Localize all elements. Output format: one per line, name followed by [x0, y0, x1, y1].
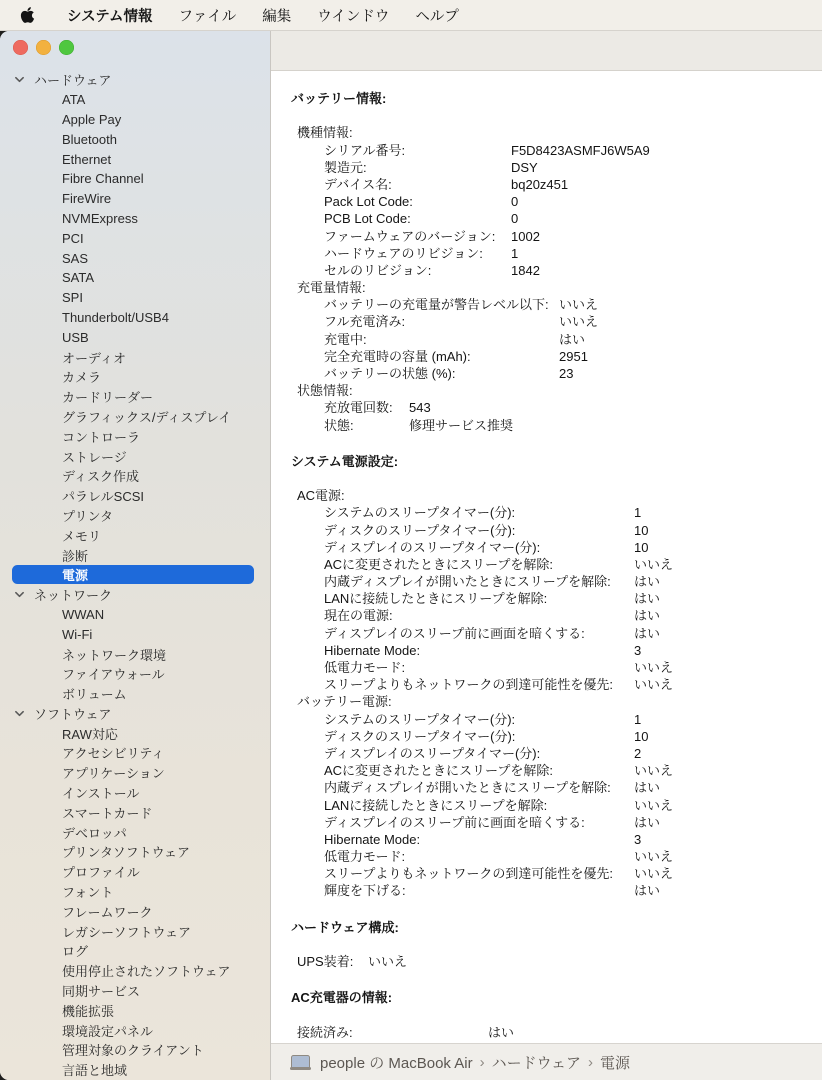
info-row: セルのリビジョン:1842	[271, 262, 822, 279]
info-value: 10	[634, 728, 648, 745]
sidebar-item[interactable]: フレームワーク	[0, 901, 269, 921]
sidebar-list: ハードウェアATAApple PayBluetoothEthernetFibre…	[0, 70, 269, 1080]
status-bar: people の MacBook Air›ハードウェア›電源	[271, 1043, 822, 1080]
breadcrumb-segment: ハードウェア	[492, 1052, 581, 1073]
sidebar-item-label: Thunderbolt/USB4	[62, 310, 169, 325]
sidebar-item-label: Bluetooth	[62, 132, 117, 147]
sidebar-item[interactable]: 環境設定パネル	[0, 1020, 269, 1040]
info-value: いいえ	[634, 797, 673, 814]
info-value: いいえ	[634, 762, 673, 779]
sidebar-item[interactable]: 電源	[0, 565, 269, 585]
sidebar-item-label: PCI	[62, 231, 84, 246]
sidebar-item-label: 診断	[62, 546, 88, 565]
sidebar-item-label: SAS	[62, 251, 88, 266]
sidebar-item-label: 電源	[62, 565, 88, 584]
info-row: 充放電回数:543	[271, 399, 822, 416]
info-value: 0	[511, 193, 518, 210]
chevron-down-icon[interactable]	[14, 589, 25, 600]
sidebar-item-label: フォント	[62, 882, 113, 901]
info-value: 543	[409, 399, 431, 416]
info-value: いいえ	[368, 953, 407, 970]
info-row: バッテリーの状態 (%):23	[271, 365, 822, 382]
sidebar-item[interactable]: ATA	[0, 90, 269, 110]
sidebar-item-label: メモリ	[62, 526, 101, 545]
sidebar-item[interactable]: ディスク作成	[0, 466, 269, 486]
sidebar-item-label: Fibre Channel	[62, 171, 144, 186]
sidebar-item[interactable]: ストレージ	[0, 446, 269, 466]
sidebar-item-label: デベロッパ	[62, 823, 127, 842]
info-label: 接続済み:	[297, 1024, 488, 1041]
sidebar-item-label: ATA	[62, 92, 85, 107]
sidebar-item[interactable]: アプリケーション	[0, 763, 269, 783]
info-row: LANに接続したときにスリープを解除:いいえ	[271, 797, 822, 814]
section-title: AC充電器の情報:	[271, 989, 822, 1006]
info-label: ディスプレイのスリープ前に画面を暗くする:	[324, 814, 634, 831]
info-label: システムのスリープタイマー(分):	[324, 711, 634, 728]
sidebar-item-label: ディスク作成	[62, 466, 139, 485]
sidebar-item-label: アクセシビリティ	[62, 743, 164, 762]
info-label: スリープよりもネットワークの到達可能性を優先:	[324, 676, 634, 693]
sidebar-item-label: 言語と地域	[62, 1060, 127, 1079]
info-label: ハードウェアのリビジョン:	[324, 245, 511, 262]
info-label: 現在の電源:	[324, 607, 634, 624]
info-label: LANに接続したときにスリープを解除:	[324, 590, 634, 607]
group-label: 充電量情報:	[271, 279, 822, 296]
sidebar-item[interactable]: フォント	[0, 882, 269, 902]
apple-menu[interactable]	[20, 6, 35, 24]
sidebar-item[interactable]: プロファイル	[0, 862, 269, 882]
section-title: ハードウェア構成:	[271, 919, 822, 936]
sidebar-item-label: プリンタ	[62, 506, 113, 525]
info-value: 2	[634, 745, 641, 762]
sidebar-item-label: プロファイル	[62, 862, 140, 881]
info-label: 内蔵ディスプレイが開いたときにスリープを解除:	[324, 573, 634, 590]
sidebar-item-label: 使用停止されたソフトウェア	[62, 961, 230, 980]
info-value: いいえ	[634, 556, 673, 573]
info-value: はい	[634, 573, 660, 590]
sidebar-item[interactable]: アクセシビリティ	[0, 743, 269, 763]
sidebar-item-label: 同期サービス	[62, 981, 140, 1000]
zoom-button[interactable]	[59, 40, 74, 55]
sidebar-item[interactable]: ファイアウォール	[0, 664, 269, 684]
info-row: スリープよりもネットワークの到達可能性を優先:いいえ	[271, 865, 822, 882]
sidebar-item[interactable]: Bluetooth	[0, 129, 269, 149]
info-value: いいえ	[559, 296, 598, 313]
info-value: 1	[634, 711, 641, 728]
sidebar-item-label: ストレージ	[62, 447, 127, 466]
info-row: Pack Lot Code:0	[271, 193, 822, 210]
sidebar-item-label: スマートカード	[62, 803, 152, 822]
info-row: スリープよりもネットワークの到達可能性を優先:いいえ	[271, 676, 822, 693]
info-row: 完全充電時の容量 (mAh):2951	[271, 348, 822, 365]
info-value: 23	[559, 365, 573, 382]
sidebar-item-label: ボリューム	[62, 684, 127, 703]
menu-item[interactable]: ウインドウ	[304, 5, 402, 26]
sidebar-group[interactable]: ソフトウェア	[0, 704, 269, 724]
info-value: 10	[634, 539, 648, 556]
info-value: はい	[634, 882, 660, 899]
sidebar-item-label: プリンタソフトウェア	[62, 842, 190, 861]
sidebar-item[interactable]: 診断	[0, 545, 269, 565]
info-row: ファームウェアのバージョン:1002	[271, 228, 822, 245]
sidebar-item[interactable]: プリンタ	[0, 506, 269, 526]
report-section: ハードウェア構成:UPS装着:いいえ	[271, 919, 822, 971]
info-value: 10	[634, 522, 648, 539]
info-value: 0	[511, 210, 518, 227]
group-label: 状態情報:	[271, 382, 822, 399]
info-row: 内蔵ディスプレイが開いたときにスリープを解除:はい	[271, 779, 822, 796]
info-value: はい	[634, 814, 660, 831]
info-row: バッテリーの充電量が警告レベル以下:いいえ	[271, 296, 822, 313]
sidebar-group-label: ネットワーク	[34, 585, 112, 604]
sidebar-item[interactable]: カメラ	[0, 367, 269, 387]
sidebar-item[interactable]: オーディオ	[0, 347, 269, 367]
info-label: 充電中:	[324, 331, 559, 348]
info-value: 修理サービス推奨	[409, 417, 513, 434]
info-row: ディスプレイのスリープ前に画面を暗くする:はい	[271, 814, 822, 831]
breadcrumb-separator-icon: ›	[480, 1054, 485, 1071]
info-label: ディスクのスリープタイマー(分):	[324, 728, 634, 745]
info-value: いいえ	[559, 313, 598, 330]
sidebar-item-label: フレームワーク	[62, 902, 152, 921]
info-row: システムのスリープタイマー(分):1	[271, 504, 822, 521]
sidebar-item[interactable]: カードリーダー	[0, 387, 269, 407]
sidebar-item-label: Wi-Fi	[62, 627, 92, 642]
report-section: AC充電器の情報:接続済み:はいID:0x7000	[271, 989, 822, 1044]
info-row: ディスプレイのスリープタイマー(分):2	[271, 745, 822, 762]
sidebar-item-label: ファイアウォール	[62, 664, 165, 683]
breadcrumb-segment: people の MacBook Air	[320, 1052, 473, 1073]
sidebar-item[interactable]: コントローラ	[0, 426, 269, 446]
sidebar-item[interactable]: 機能拡張	[0, 1000, 269, 1020]
sidebar-item[interactable]: 同期サービス	[0, 981, 269, 1001]
group-label: バッテリー電源:	[271, 693, 822, 710]
info-row: PCB Lot Code:0	[271, 210, 822, 227]
sidebar-item[interactable]: スマートカード	[0, 802, 269, 822]
info-label: システムのスリープタイマー(分):	[324, 504, 634, 521]
info-value: 3	[634, 831, 641, 848]
group-label: 機種情報:	[271, 124, 822, 141]
main-panel: バッテリー情報:機種情報:シリアル番号:F5D8423ASMFJ6W5A9製造元…	[271, 31, 822, 1080]
info-label: UPS装着:	[297, 953, 368, 970]
sidebar-item[interactable]: SPI	[0, 288, 269, 308]
window-title-strip	[271, 31, 822, 71]
info-label: 完全充電時の容量 (mAh):	[324, 348, 559, 365]
info-label: ディスプレイのスリープタイマー(分):	[324, 745, 634, 762]
sidebar-item[interactable]: FireWire	[0, 189, 269, 209]
info-label: ファームウェアのバージョン:	[324, 228, 511, 245]
info-row: フル充電済み:いいえ	[271, 313, 822, 330]
sidebar-item-label: レガシーソフトウェア	[62, 922, 191, 941]
sidebar-item[interactable]: デベロッパ	[0, 822, 269, 842]
info-label: LANに接続したときにスリープを解除:	[324, 797, 634, 814]
section-title: システム電源設定:	[271, 453, 822, 470]
sidebar-item[interactable]: RAW対応	[0, 723, 269, 743]
info-value: DSY	[511, 159, 538, 176]
info-label: ディスプレイのスリープタイマー(分):	[324, 539, 634, 556]
menu-bar-items: ファイル編集ウインドウヘルプ	[166, 5, 472, 26]
sidebar-item[interactable]: 管理対象のクライアント	[0, 1040, 269, 1060]
menu-item[interactable]: ヘルプ	[402, 5, 472, 26]
info-value: いいえ	[634, 865, 673, 882]
info-row: LANに接続したときにスリープを解除:はい	[271, 590, 822, 607]
report-content: バッテリー情報:機種情報:シリアル番号:F5D8423ASMFJ6W5A9製造元…	[271, 71, 822, 1044]
sidebar-item[interactable]: ネットワーク環境	[0, 644, 269, 664]
sidebar-item-label: Ethernet	[62, 152, 111, 167]
sidebar-item[interactable]: Ethernet	[0, 149, 269, 169]
info-label: スリープよりもネットワークの到達可能性を優先:	[324, 865, 634, 882]
sidebar-item[interactable]: Apple Pay	[0, 110, 269, 130]
sidebar-item-label: ログ	[62, 941, 88, 960]
info-row: ディスプレイのスリープ前に画面を暗くする:はい	[271, 625, 822, 642]
info-label: PCB Lot Code:	[324, 210, 511, 227]
sidebar-item[interactable]: PCI	[0, 228, 269, 248]
info-value: bq20z451	[511, 176, 568, 193]
sidebar-group[interactable]: ハードウェア	[0, 70, 269, 90]
info-row: ハードウェアのリビジョン:1	[271, 245, 822, 262]
sidebar-item-label: カメラ	[62, 367, 101, 386]
info-value: 1842	[511, 262, 540, 279]
info-row: ディスクのスリープタイマー(分):10	[271, 728, 822, 745]
info-row: 低電力モード:いいえ	[271, 659, 822, 676]
info-label: 充放電回数:	[324, 399, 409, 416]
info-row: ACに変更されたときにスリープを解除:いいえ	[271, 556, 822, 573]
info-value: はい	[634, 590, 660, 607]
minimize-button[interactable]	[36, 40, 51, 55]
info-value: いいえ	[634, 659, 673, 676]
info-label: Hibernate Mode:	[324, 831, 634, 848]
sidebar-item-label: WWAN	[62, 607, 104, 622]
sidebar-item[interactable]: USB	[0, 327, 269, 347]
info-label: 状態:	[324, 417, 409, 434]
info-label: 低電力モード:	[324, 848, 634, 865]
menu-item-app-name[interactable]: システム情報	[54, 5, 166, 26]
sidebar-item-label: インストール	[62, 783, 139, 802]
info-row: 製造元:DSY	[271, 159, 822, 176]
sidebar-item[interactable]: ログ	[0, 941, 269, 961]
sidebar-item-label: コントローラ	[62, 427, 140, 446]
info-value: 3	[634, 642, 641, 659]
info-label: 輝度を下げる:	[324, 882, 634, 899]
info-row: Hibernate Mode:3	[271, 831, 822, 848]
sidebar-item-label: 機能拡張	[62, 1001, 114, 1020]
group-label: AC電源:	[271, 487, 822, 504]
chevron-down-icon[interactable]	[14, 74, 25, 85]
menu-bar: システム情報 ファイル編集ウインドウヘルプ	[0, 0, 822, 31]
info-label: 低電力モード:	[324, 659, 634, 676]
sidebar-item[interactable]: Wi-Fi	[0, 624, 269, 644]
info-value: 2951	[559, 348, 588, 365]
sidebar-item-label: FireWire	[62, 191, 111, 206]
sidebar-item[interactable]: ボリューム	[0, 684, 269, 704]
sidebar-item[interactable]: レガシーソフトウェア	[0, 921, 269, 941]
sidebar-item-label: アプリケーション	[62, 763, 165, 782]
info-row: 状態:修理サービス推奨	[271, 417, 822, 434]
sidebar-item-label: RAW対応	[62, 724, 118, 743]
sidebar-item[interactable]: 言語と地域	[0, 1060, 269, 1080]
info-label: ACに変更されたときにスリープを解除:	[324, 762, 634, 779]
sidebar-item[interactable]: インストール	[0, 783, 269, 803]
sidebar-item[interactable]: Thunderbolt/USB4	[0, 308, 269, 328]
info-row: 低電力モード:いいえ	[271, 848, 822, 865]
info-value: 1002	[511, 228, 540, 245]
sidebar-group-label: ソフトウェア	[34, 704, 111, 723]
info-label: セルのリビジョン:	[324, 262, 511, 279]
sidebar-item[interactable]: パラレルSCSI	[0, 486, 269, 506]
sidebar-item[interactable]: メモリ	[0, 525, 269, 545]
info-label: バッテリーの充電量が警告レベル以下:	[324, 296, 559, 313]
menu-item[interactable]: 編集	[249, 5, 304, 26]
info-row: ACに変更されたときにスリープを解除:いいえ	[271, 762, 822, 779]
sidebar-item[interactable]: SATA	[0, 268, 269, 288]
info-value: はい	[488, 1024, 514, 1041]
info-value: はい	[634, 625, 660, 642]
sidebar-item-label: NVMExpress	[62, 211, 138, 226]
info-row: 内蔵ディスプレイが開いたときにスリープを解除:はい	[271, 573, 822, 590]
sidebar-item-label: USB	[62, 330, 89, 345]
sidebar-item-label: カードリーダー	[62, 387, 153, 406]
traffic-lights	[13, 40, 74, 55]
info-row: デバイス名:bq20z451	[271, 176, 822, 193]
sidebar-item[interactable]: グラフィックス/ディスプレイ	[0, 407, 269, 427]
sidebar-item-label: グラフィックス/ディスプレイ	[62, 407, 231, 426]
sidebar-item[interactable]: プリンタソフトウェア	[0, 842, 269, 862]
sidebar-item-label: ネットワーク環境	[62, 645, 166, 664]
apple-icon	[20, 6, 35, 24]
info-label: ディスプレイのスリープ前に画面を暗くする:	[324, 625, 634, 642]
info-row: ディスプレイのスリープタイマー(分):10	[271, 539, 822, 556]
info-label: ACに変更されたときにスリープを解除:	[324, 556, 634, 573]
sidebar-item[interactable]: NVMExpress	[0, 209, 269, 229]
chevron-down-icon[interactable]	[14, 708, 25, 719]
system-information-window: ハードウェアATAApple PayBluetoothEthernetFibre…	[0, 31, 822, 1080]
sidebar-item-label: オーディオ	[62, 348, 126, 367]
info-row: Hibernate Mode:3	[271, 642, 822, 659]
sidebar-item-label: パラレルSCSI	[62, 486, 144, 505]
report-section: システム電源設定:AC電源:システムのスリープタイマー(分):1ディスクのスリー…	[271, 453, 822, 900]
sidebar-item-label: 管理対象のクライアント	[62, 1040, 204, 1059]
info-label: 内蔵ディスプレイが開いたときにスリープを解除:	[324, 779, 634, 796]
info-row: システムのスリープタイマー(分):1	[271, 711, 822, 728]
breadcrumb: people の MacBook Air›ハードウェア›電源	[320, 1052, 630, 1073]
info-label: Pack Lot Code:	[324, 193, 511, 210]
info-value: 1	[634, 504, 641, 521]
info-value: F5D8423ASMFJ6W5A9	[511, 142, 650, 159]
info-row: ディスクのスリープタイマー(分):10	[271, 522, 822, 539]
close-button[interactable]	[13, 40, 28, 55]
sidebar-group[interactable]: ネットワーク	[0, 585, 269, 605]
sidebar-item-label: 環境設定パネル	[62, 1021, 153, 1040]
info-value: 1	[511, 245, 518, 262]
info-label: デバイス名:	[324, 176, 511, 193]
info-row: 接続済み:はい	[271, 1024, 822, 1041]
menu-item[interactable]: ファイル	[166, 5, 250, 26]
sidebar-group-label: ハードウェア	[34, 70, 111, 89]
sidebar-item-label: Apple Pay	[62, 112, 121, 127]
report-section: バッテリー情報:機種情報:シリアル番号:F5D8423ASMFJ6W5A9製造元…	[271, 90, 822, 434]
sidebar-item[interactable]: SAS	[0, 248, 269, 268]
sidebar: ハードウェアATAApple PayBluetoothEthernetFibre…	[0, 31, 271, 1080]
info-label: Hibernate Mode:	[324, 642, 634, 659]
sidebar-item[interactable]: Fibre Channel	[0, 169, 269, 189]
breadcrumb-segment: 電源	[600, 1052, 630, 1073]
sidebar-item[interactable]: WWAN	[0, 605, 269, 625]
info-value: はい	[559, 331, 585, 348]
info-label: 製造元:	[324, 159, 511, 176]
info-label: シリアル番号:	[324, 142, 511, 159]
info-row: シリアル番号:F5D8423ASMFJ6W5A9	[271, 142, 822, 159]
info-label: バッテリーの状態 (%):	[324, 365, 559, 382]
info-label: フル充電済み:	[324, 313, 559, 330]
info-value: いいえ	[634, 676, 673, 693]
sidebar-item-label: SATA	[62, 270, 94, 285]
sidebar-item[interactable]: 使用停止されたソフトウェア	[0, 961, 269, 981]
info-row: 充電中:はい	[271, 331, 822, 348]
info-row: 輝度を下げる:はい	[271, 882, 822, 899]
info-value: はい	[634, 607, 660, 624]
section-title: バッテリー情報:	[271, 90, 822, 107]
breadcrumb-separator-icon: ›	[588, 1054, 593, 1071]
sidebar-item-label: SPI	[62, 290, 83, 305]
info-row: 現在の電源:はい	[271, 607, 822, 624]
info-value: はい	[634, 779, 660, 796]
info-value: いいえ	[634, 848, 673, 865]
laptop-icon	[290, 1055, 311, 1070]
info-label: ディスクのスリープタイマー(分):	[324, 522, 634, 539]
info-row: UPS装着:いいえ	[271, 953, 822, 970]
